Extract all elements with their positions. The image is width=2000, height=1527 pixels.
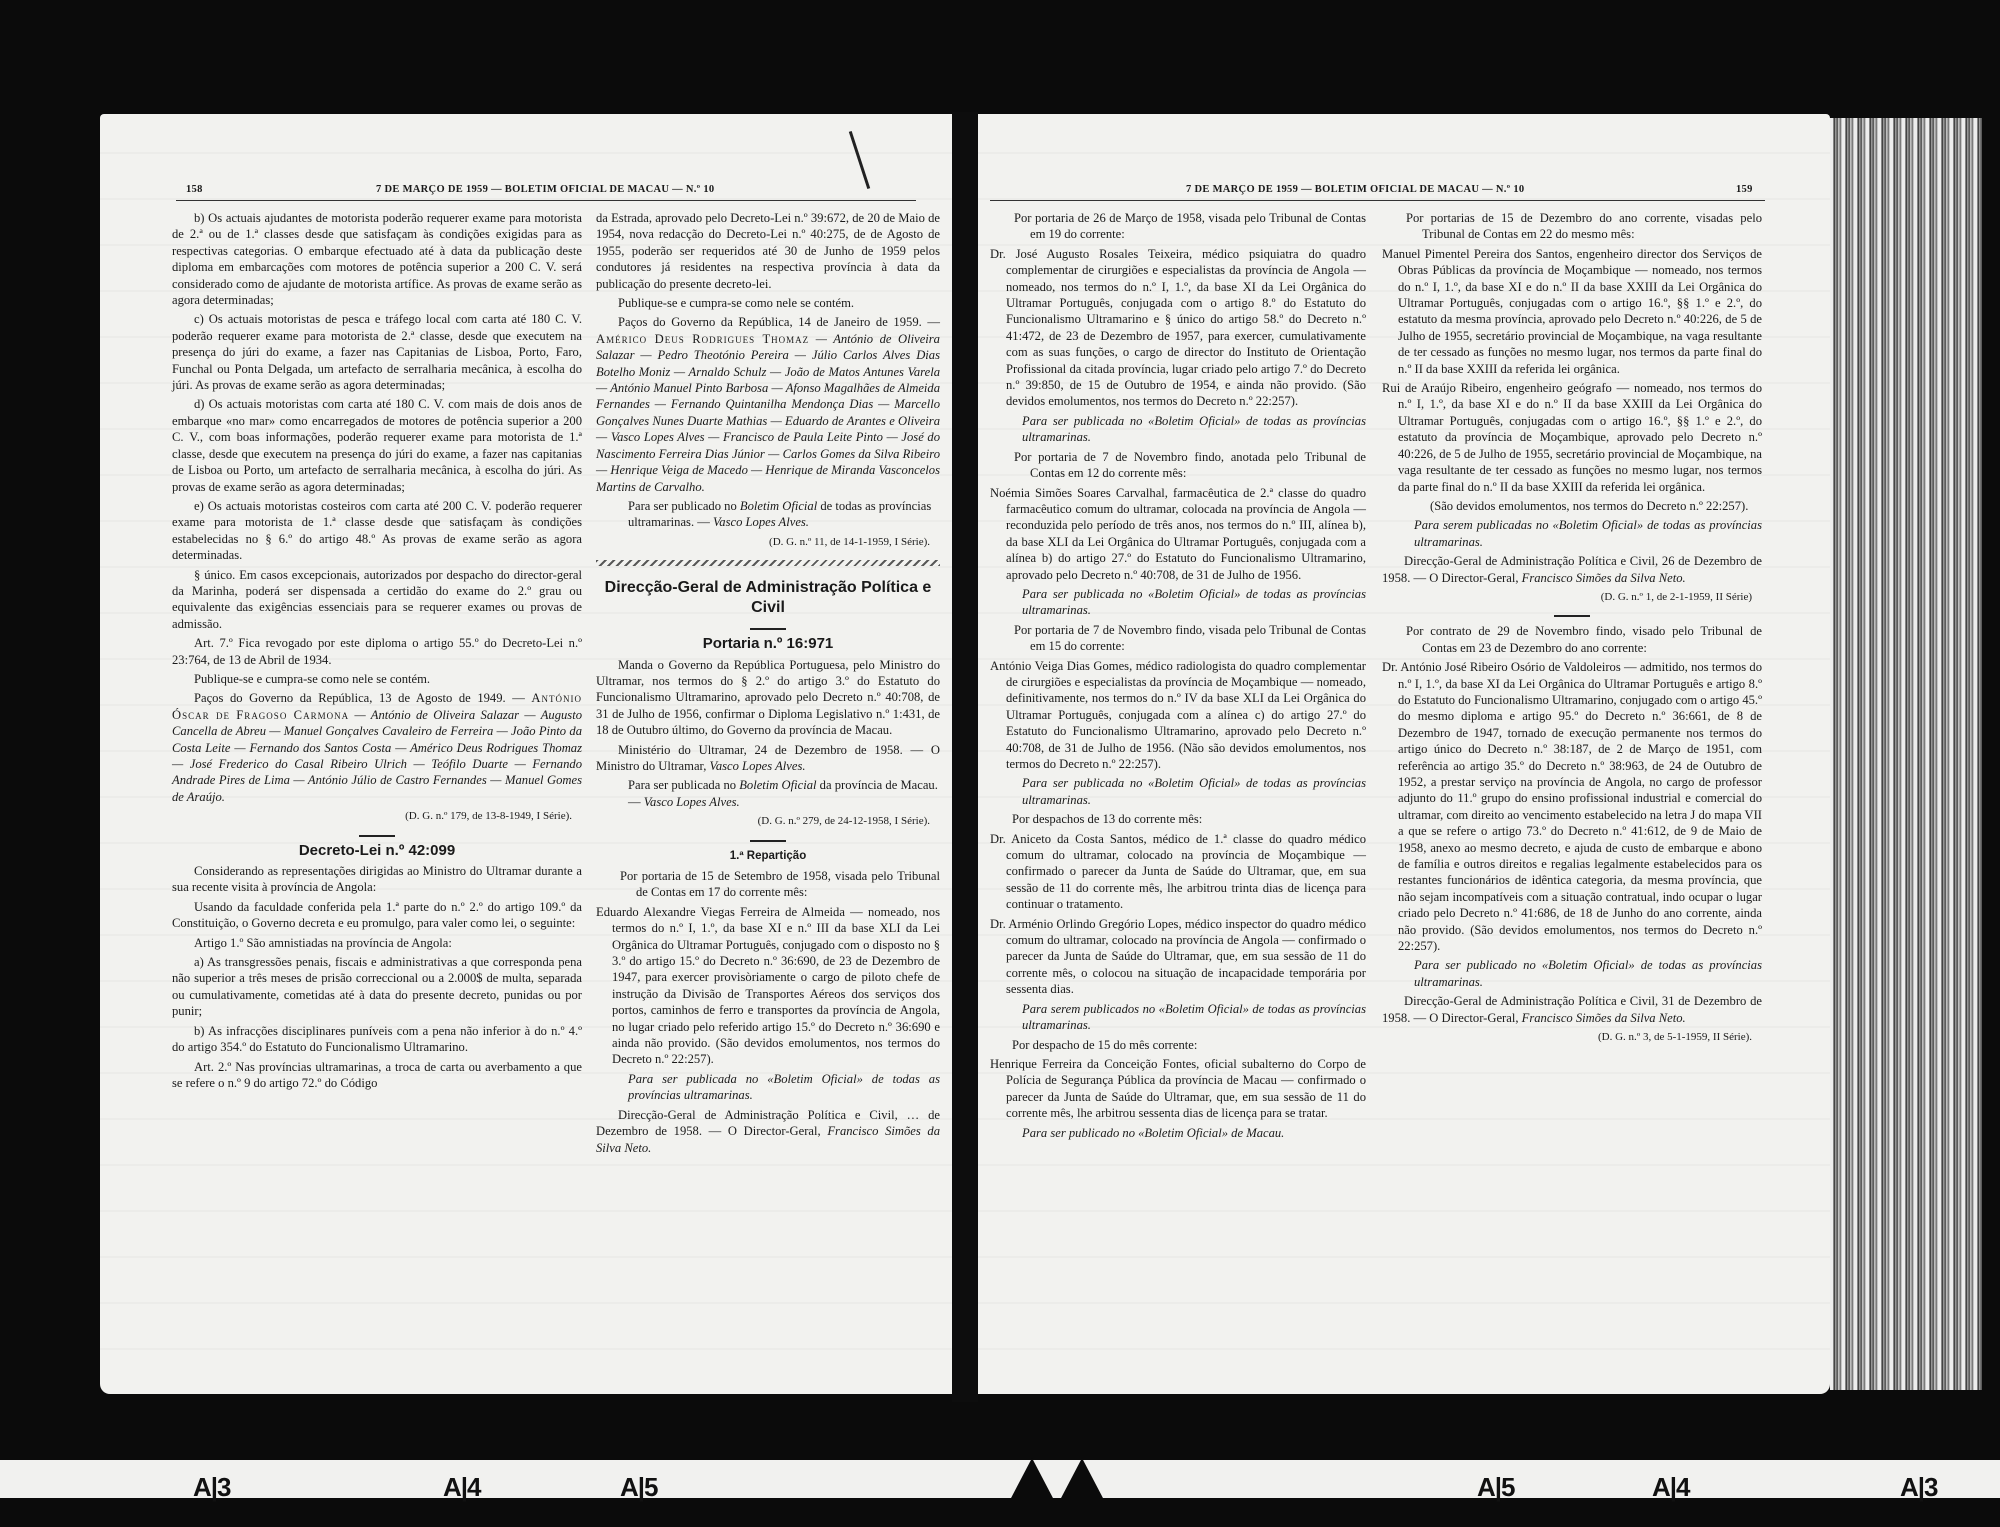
section-divider [359, 835, 395, 837]
signature-block: Paços do Governo da República, 14 de Jan… [596, 314, 940, 494]
paragraph: Direcção-Geral de Administração Política… [1382, 553, 1762, 586]
paragraph: Por contrato de 29 de Novembro findo, vi… [1382, 623, 1762, 656]
paragraph: Por portaria de 15 de Setembro de 1958, … [596, 868, 940, 901]
publication-note: Para ser publicada no «Boletim Oficial» … [990, 413, 1366, 446]
paragraph: Art. 2.º Nas províncias ultramarinas, a … [172, 1059, 582, 1092]
appointment-entry: António Veiga Dias Gomes, médico radiolo… [990, 658, 1366, 773]
publication-note: Para ser publicado no Boletim Oficial de… [596, 498, 940, 531]
paragraph: a) As transgressões penais, fiscais e ad… [172, 954, 582, 1020]
paragraph: § único. Em casos excepcionais, autoriza… [172, 567, 582, 633]
paragraph: Manda o Governo da República Portuguesa,… [596, 657, 940, 739]
film-notch [1010, 1458, 1054, 1500]
appointment-entry: Eduardo Alexandre Viegas Ferreira de Alm… [596, 904, 940, 1068]
page-number-right: 159 [1736, 184, 1753, 195]
paragraph: Por portaria de 7 de Novembro findo, vis… [990, 622, 1366, 655]
paragraph: Direcção-Geral de Administração Política… [596, 1107, 940, 1156]
appointment-entry: Dr. António José Ribeiro Osório de Valdo… [1382, 659, 1762, 954]
publication-note: Para ser publicado no «Boletim Oficial» … [990, 1125, 1366, 1141]
dg-reference: (D. G. n.º 3, de 5-1-1959, II Série). [1382, 1029, 1752, 1045]
reparticao-title: 1.ª Repartição [596, 848, 940, 864]
paragraph: Considerando as representações dirigidas… [172, 863, 582, 896]
film-marker: A|3 [1900, 1472, 1938, 1503]
header-rule [176, 200, 916, 201]
paragraph: Por despacho de 15 do mês corrente: [990, 1037, 1366, 1053]
portaria-title: Portaria n.º 16:971 [596, 636, 940, 652]
book-page-edges [1830, 118, 1982, 1390]
paragraph: Por portarias de 15 de Dezembro do ano c… [1382, 210, 1762, 243]
signature-block: Paços do Governo da República, 13 de Ago… [172, 690, 582, 805]
dg-reference: (D. G. n.º 179, de 13-8-1949, I Série). [172, 808, 572, 824]
film-marker: A|4 [1652, 1472, 1690, 1503]
paragraph: Publique-se e cumpra-se como nele se con… [172, 671, 582, 687]
left-page-column-2: da Estrada, aprovado pelo Decreto-Lei n.… [596, 210, 940, 1159]
left-page-column-1: b) Os actuais ajudantes de motorista pod… [172, 210, 582, 1094]
publication-note: Para serem publicadas no «Boletim Oficia… [1382, 517, 1762, 550]
appointment-entry: Henrique Ferreira da Conceição Fontes, o… [990, 1056, 1366, 1122]
section-divider [750, 628, 786, 630]
paragraph: (São devidos emolumentos, nos termos do … [1382, 498, 1762, 514]
running-head-right: 7 DE MARÇO DE 1959 — BOLETIM OFICIAL DE … [1186, 184, 1524, 195]
paragraph: c) Os actuais motoristas de pesca e tráf… [172, 311, 582, 393]
film-marker: A|4 [443, 1472, 481, 1503]
section-title: Direcção-Geral de Administração Política… [596, 578, 940, 618]
appointment-entry: Dr. José Augusto Rosales Teixeira, médic… [990, 246, 1366, 410]
publication-note: Para ser publicada no «Boletim Oficial» … [596, 1071, 940, 1104]
paragraph: e) Os actuais motoristas costeiros com c… [172, 498, 582, 564]
paragraph: Usando da faculdade conferida pela 1.ª p… [172, 899, 582, 932]
running-head-left: 7 DE MARÇO DE 1959 — BOLETIM OFICIAL DE … [376, 184, 714, 195]
decree-title: Decreto-Lei n.º 42:099 [172, 843, 582, 859]
paragraph: b) As infracções disciplinares puníveis … [172, 1023, 582, 1056]
paragraph: Ministério do Ultramar, 24 de Dezembro d… [596, 742, 940, 775]
header-rule [990, 200, 1765, 201]
paragraph: Por despachos de 13 do corrente mês: [990, 811, 1366, 827]
publication-note: Para ser publicada no Boletim Oficial da… [596, 777, 940, 810]
paragraph: Art. 7.º Fica revogado por este diploma … [172, 635, 582, 668]
film-notch [1060, 1458, 1104, 1500]
right-page-column-1: Por portaria de 26 de Março de 1958, vis… [990, 210, 1366, 1144]
appointment-entry: Noémia Simões Soares Carvalhal, farmacêu… [990, 485, 1366, 583]
publication-note: Para ser publicada no «Boletim Oficial» … [990, 775, 1366, 808]
dg-reference: (D. G. n.º 279, de 24-12-1958, I Série). [596, 813, 930, 829]
paragraph: da Estrada, aprovado pelo Decreto-Lei n.… [596, 210, 940, 292]
paragraph: Por portaria de 7 de Novembro findo, ano… [990, 449, 1366, 482]
film-strip [0, 1460, 2000, 1498]
paragraph: Publique-se e cumpra-se como nele se con… [596, 295, 940, 311]
paragraph: Por portaria de 26 de Março de 1958, vis… [990, 210, 1366, 243]
appointment-entry: Dr. Aniceto da Costa Santos, médico de 1… [990, 831, 1366, 913]
publication-note: Para ser publicado no «Boletim Oficial» … [1382, 957, 1762, 990]
right-page-column-2: Por portarias de 15 de Dezembro do ano c… [1382, 210, 1762, 1049]
dg-reference: (D. G. n.º 1, de 2-1-1959, II Série) [1382, 589, 1752, 605]
publication-note: Para ser publicada no «Boletim Oficial» … [990, 586, 1366, 619]
book-gutter [952, 112, 978, 1402]
dg-reference: (D. G. n.º 11, de 14-1-1959, I Série). [596, 534, 930, 550]
paragraph: b) Os actuais ajudantes de motorista pod… [172, 210, 582, 308]
paragraph: Artigo 1.º São amnistiadas na província … [172, 935, 582, 951]
appointment-entry: Manuel Pimentel Pereira dos Santos, enge… [1382, 246, 1762, 377]
film-marker: A|5 [620, 1472, 658, 1503]
appointment-entry: Dr. Arménio Orlindo Gregório Lopes, médi… [990, 916, 1366, 998]
ornamental-divider [596, 560, 940, 566]
appointment-entry: Rui de Araújo Ribeiro, engenheiro geógra… [1382, 380, 1762, 495]
paragraph: d) Os actuais motoristas com carta até 1… [172, 396, 582, 494]
film-marker: A|5 [1477, 1472, 1515, 1503]
film-marker: A|3 [193, 1472, 231, 1503]
publication-note: Para serem publicados no «Boletim Oficia… [990, 1001, 1366, 1034]
page-number-left: 158 [186, 184, 203, 195]
paragraph: Direcção-Geral de Administração Política… [1382, 993, 1762, 1026]
section-divider [1554, 615, 1590, 617]
section-divider [750, 840, 786, 842]
